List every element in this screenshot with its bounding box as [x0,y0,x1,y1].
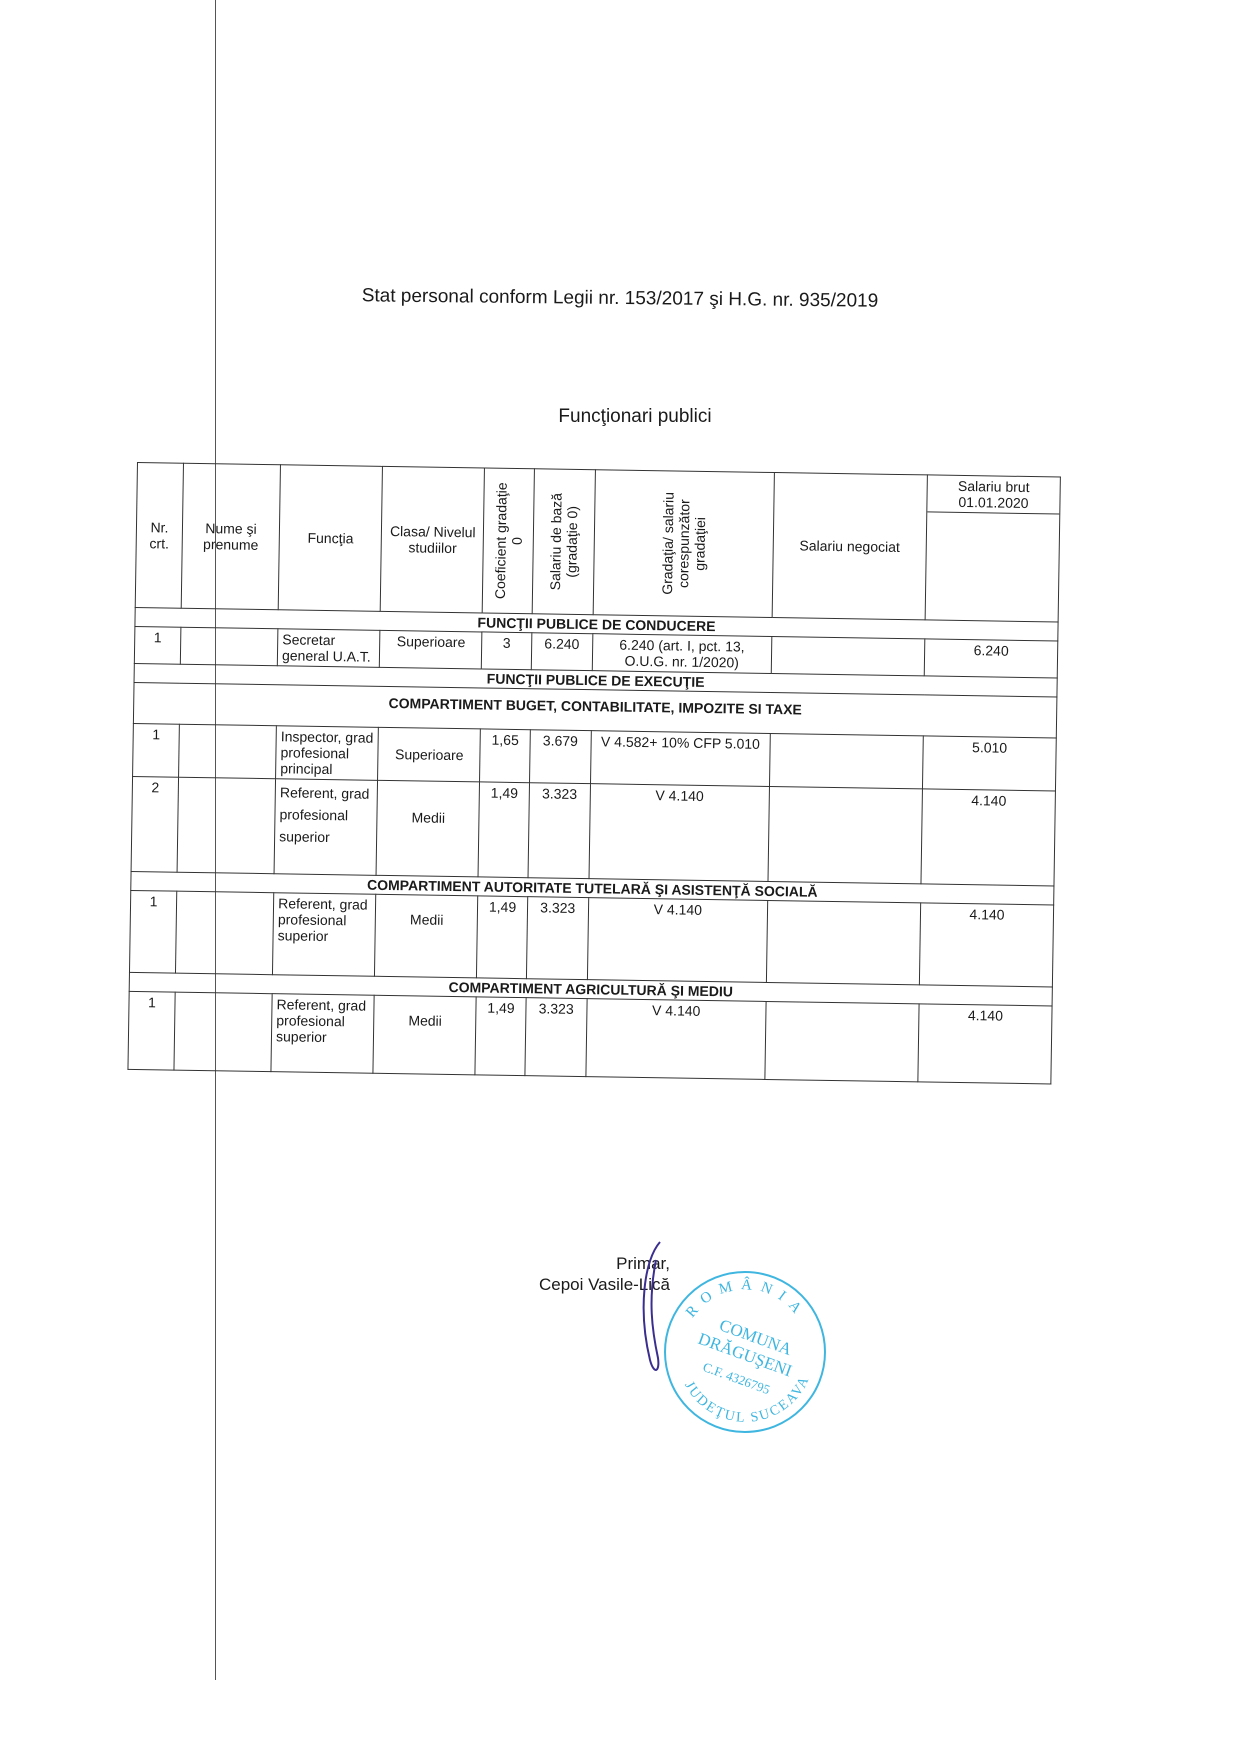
header-nume: Nume şi prenume [181,463,280,610]
table-row: 1 Referent, grad profesional superior Me… [129,890,1053,986]
header-functia: Funcţia [278,465,382,612]
personnel-table: Nr. crt. Nume şi prenume Funcţia Clasa/ … [127,462,1060,1084]
document-title: Stat personal conform Legii nr. 153/2017… [0,282,1240,317]
table-row: 1 Referent, grad profesional superior Me… [128,991,1052,1083]
header-row: Nr. crt. Nume şi prenume Funcţia Clasa/ … [135,463,1060,622]
header-coeficient: Coeficient gradaţie 0 [483,468,534,614]
header-gradatia: Gradaţia/ salariu corespunzător gradaţie… [593,470,774,618]
header-brut: Salariu brut 01.01.2020 [925,475,1060,622]
header-brut-label: Salariu brut 01.01.2020 [927,475,1060,514]
table-row: 2 Referent, grad profesional superior Me… [131,776,1055,885]
official-stamp-icon: ROMÂNIA COMUNA DRĂGUŞENI C.F. 4326795 JU… [658,1262,833,1437]
personnel-table-wrapper: Nr. crt. Nume şi prenume Funcţia Clasa/ … [127,462,1060,1084]
header-nr: Nr. crt. [135,463,183,609]
header-negociat: Salariu negociat [772,473,928,620]
header-clasa: Clasa/ Nivelul studiilor [380,466,484,613]
document-subtitle: Funcţionari publici [0,406,1240,428]
header-salariu-baza: Salariu de bază (gradaţie 0) [532,469,596,615]
svg-text:ROMÂNIA: ROMÂNIA [683,1276,809,1323]
